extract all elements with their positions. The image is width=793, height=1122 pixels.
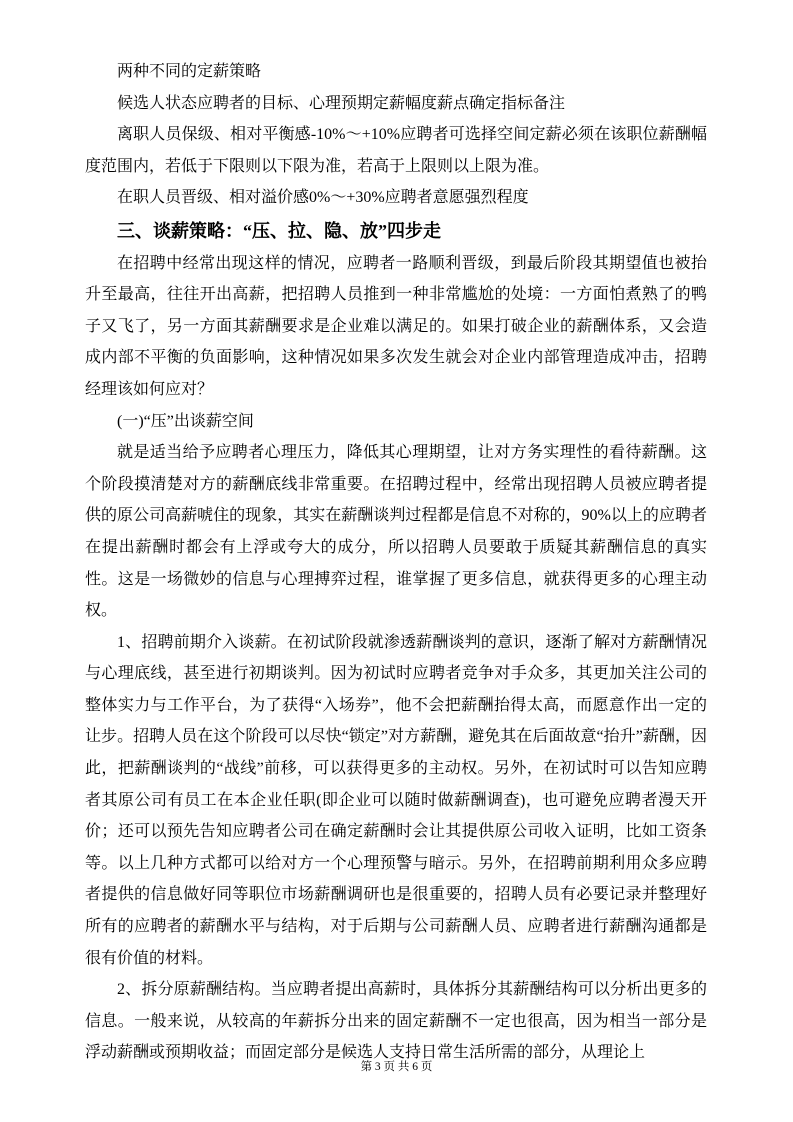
- document-page: 两种不同的定薪策略 候选人状态应聘者的目标、心理预期定薪幅度薪点确定指标备注 离…: [0, 0, 793, 1122]
- paragraph-split-salary-structure: 2、拆分原薪酬结构。当应聘者提出高薪时，具体拆分其薪酬结构可以分析出更多的信息。…: [85, 974, 707, 1069]
- subheading-step-one-press: (一)“压”出谈薪空间: [85, 406, 707, 438]
- paragraph-incumbent-staff-rule: 在职人员晋级、相对溢价感0%～+30%应聘者意愿强烈程度: [85, 182, 707, 214]
- paragraph-salary-setting-strategies: 两种不同的定薪策略: [85, 56, 707, 88]
- paragraph-negotiation-scenario: 在招聘中经常出现这样的情况，应聘者一路顺利晋级，到最后阶段其期望值也被抬升至最高…: [85, 248, 707, 406]
- document-content: 两种不同的定薪策略 候选人状态应聘者的目标、心理预期定薪幅度薪点确定指标备注 离…: [85, 56, 707, 1069]
- paragraph-candidate-status-indicators: 候选人状态应聘者的目标、心理预期定薪幅度薪点确定指标备注: [85, 88, 707, 120]
- page-footer: 第 3 页 共 6 页: [0, 1059, 793, 1075]
- paragraph-departing-staff-rule: 离职人员保级、相对平衡感-10%～+10%应聘者可选择空间定薪必须在该职位薪酬幅…: [85, 119, 707, 182]
- paragraph-press-explanation: 就是适当给予应聘者心理压力，降低其心理期望，让对方务实理性的看待薪酬。这个阶段摸…: [85, 437, 707, 627]
- paragraph-early-stage-negotiation: 1、招聘前期介入谈薪。在初试阶段就渗透薪酬谈判的意识，逐渐了解对方薪酬情况与心理…: [85, 627, 707, 975]
- section-heading-negotiation-strategy: 三、谈薪策略：“压、拉、隐、放”四步走: [85, 216, 707, 248]
